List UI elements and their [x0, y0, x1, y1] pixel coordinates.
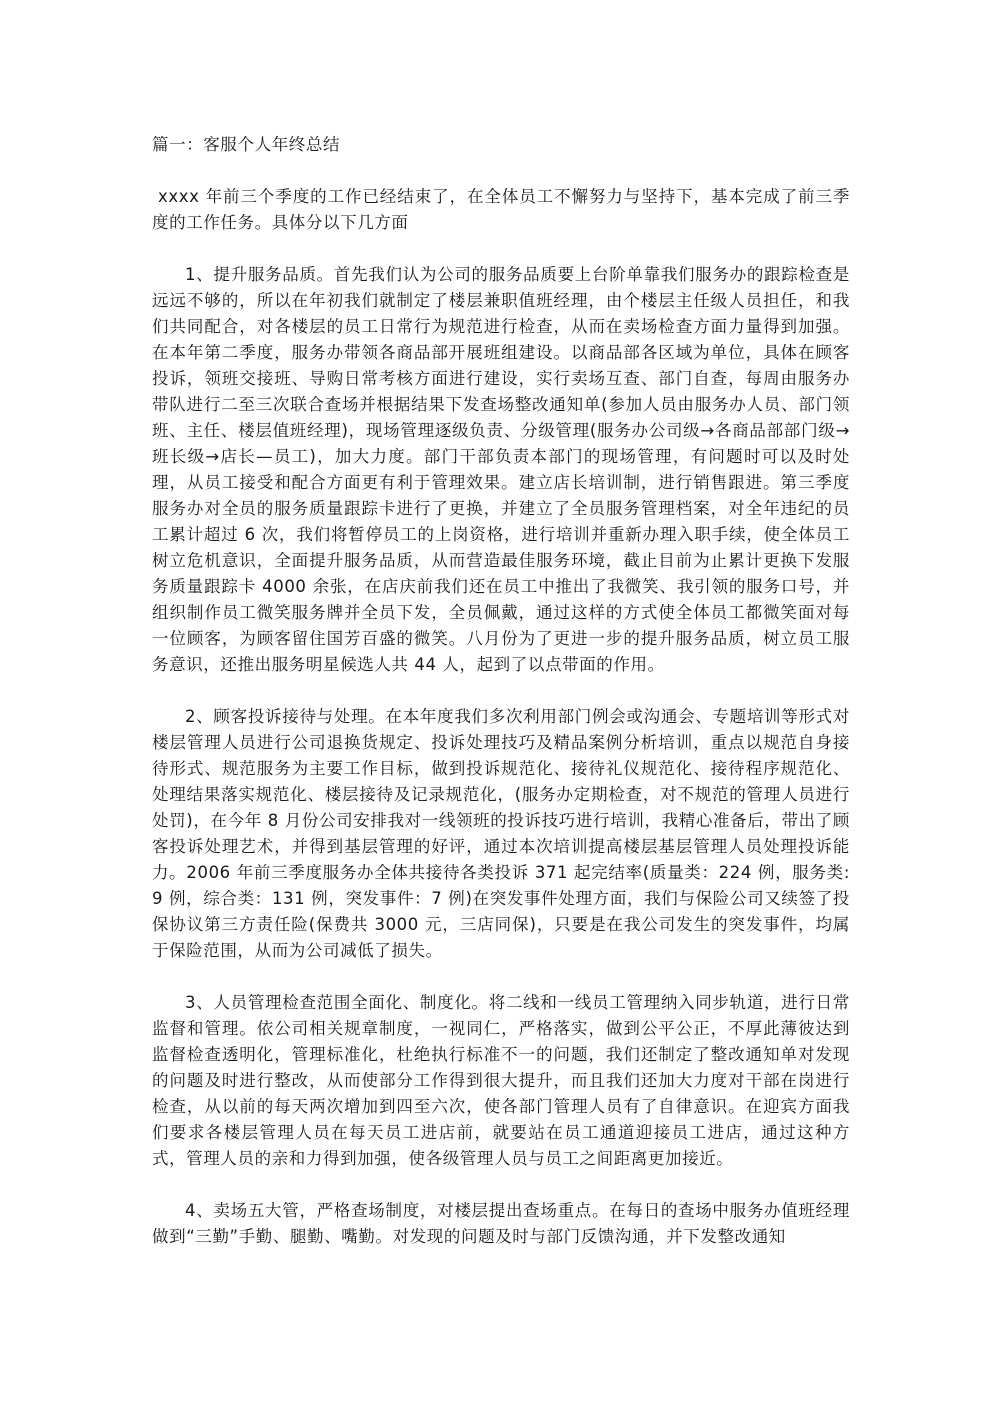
intro-paragraph: xxxx 年前三个季度的工作已经结束了，在全体员工不懈努力与坚持下，基本完成了前… [152, 184, 850, 236]
section-1-service-quality: 1、提升服务品质。首先我们认为公司的服务品质要上台阶单靠我们服务办的跟踪检查是远… [152, 262, 850, 678]
section-4-floor-inspection: 4、卖场五大管，严格查场制度，对楼层提出查场重点。在每日的查场中服务办值班经理做… [152, 1198, 850, 1250]
section-3-staff-management: 3、人员管理检查范围全面化、制度化。将二线和一线员工管理纳入同步轨道，进行日常监… [152, 990, 850, 1172]
section-2-complaint-handling: 2、顾客投诉接待与处理。在本年度我们多次利用部门例会或沟通会、专题培训等形式对楼… [152, 704, 850, 964]
document-page: 篇一：客服个人年终总结 xxxx 年前三个季度的工作已经结束了，在全体员工不懈努… [152, 132, 850, 1276]
document-title: 篇一：客服个人年终总结 [152, 132, 850, 158]
